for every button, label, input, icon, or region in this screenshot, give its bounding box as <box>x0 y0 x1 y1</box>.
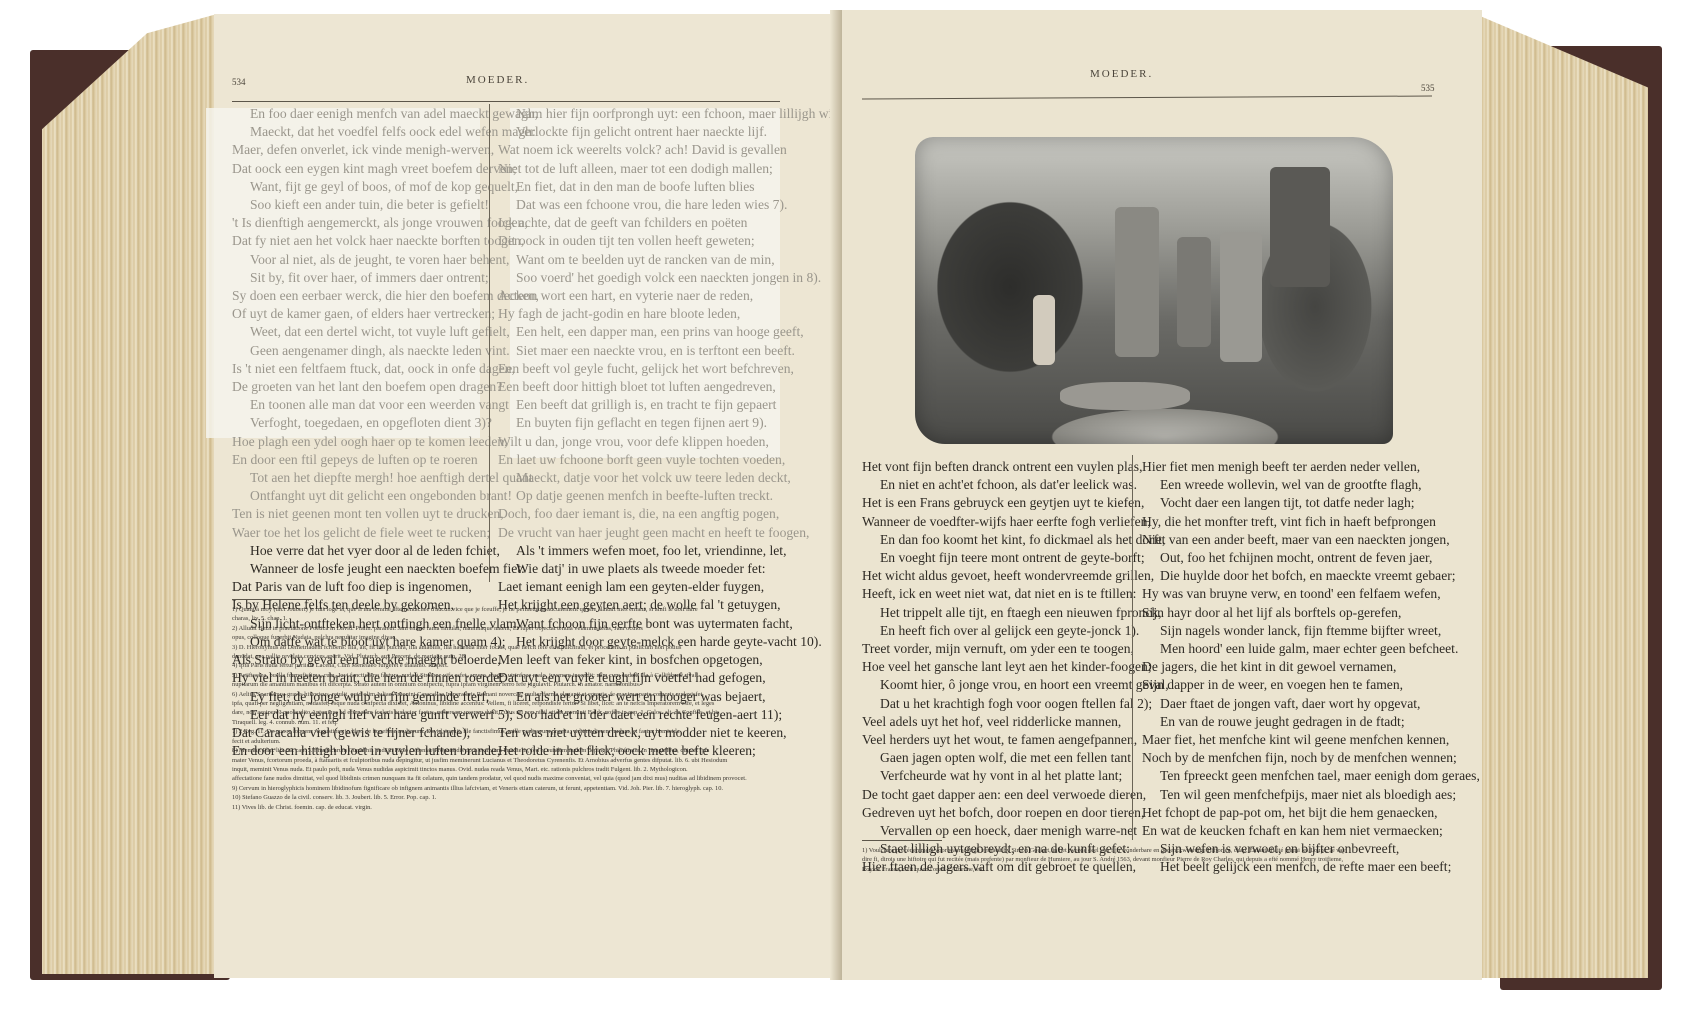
right-running-head: MOEDER. <box>1090 68 1153 80</box>
verse-line: Maer fiet, het menfche kint wil geene me… <box>1142 731 1480 749</box>
illustration-dead-wolf <box>1060 382 1190 410</box>
page-edges-left <box>42 14 217 974</box>
verse-line: Dat fy niet aen het volck haer naeckte b… <box>232 232 539 250</box>
footnote-line: 6) Aelius Spartianus, gravis hiftoricus,… <box>232 690 780 699</box>
left-running-head: MOEDER. <box>466 74 529 86</box>
verse-line: En buyten fijn geflacht en tegen fijnen … <box>498 414 841 432</box>
verse-line: Ontfanght uyt dit gelicht een ongebonden… <box>232 487 539 505</box>
footnote-line: mater Venus, fcortorum proeda, à ftatuar… <box>232 756 780 765</box>
verse-line: Dat was een fchoone vrou, die hare leden… <box>498 196 841 214</box>
verse-line: Verlockte fijn gelicht ontrent haer naec… <box>498 123 841 141</box>
footnote-line: 8) Meminit Plin. lib. 36. cap. 5. fimula… <box>232 746 780 755</box>
verse-line: Ten wil geen menfchefpijs, maer niet als… <box>1142 786 1480 804</box>
verse-line: Laet iemant eenigh lam een geyten-elder … <box>498 578 841 596</box>
verse-line: Want, fijt ge geyl of boos, of mof de ko… <box>232 178 539 196</box>
verse-line: Dat oock een eygen kint magh vreet boefe… <box>232 160 539 178</box>
verse-line: En laet uw fchoone borft geen vuyle toch… <box>498 451 841 469</box>
verse-line: Acteon wort een hart, en vyterie naer de… <box>498 287 841 305</box>
verse-line: En heeft fich over al gelijck een geyte-… <box>862 622 1169 640</box>
verse-line: Een beeft vol geyle fucht, gelijck het w… <box>498 360 841 378</box>
footnote-line: 7) 2 Reg. 11. De qua re loquens Augustin… <box>232 727 780 736</box>
verse-line: En door een ftil gepeys de luften op te … <box>232 451 539 469</box>
verse-line: En wat de keucken fchaft en kan hem niet… <box>1142 822 1480 840</box>
verse-line: Verfcheurde wat hy vont in al het platte… <box>862 767 1169 785</box>
verse-line: Soo kieft een ander tuin, die beter is g… <box>232 196 539 214</box>
footnote-line: 4) Ipfa Paris nuda fertur periisfe Lacen… <box>232 661 780 670</box>
verse-line: 't Is dienftigh aengemerckt, als jonge v… <box>232 214 539 232</box>
verse-line: Weet, dat een dertel wicht, tot vuyle lu… <box>232 323 539 341</box>
verse-line: Het vont fijn beften dranck ontrent een … <box>862 458 1169 476</box>
verse-line: Voor al niet, als de jeught, te voren ha… <box>232 251 539 269</box>
verse-line: Hoe veel het gansche lant leyt aen het k… <box>862 658 1169 676</box>
right-column-2: Hier fiet men menigh beeft ter aerden ne… <box>1142 458 1480 877</box>
footnote-line: Tiraquell. leg. 4. connub. num. 11. et f… <box>232 718 780 727</box>
footnote-line: 1) Voulcluns precédemment voor waerachti… <box>862 846 1432 855</box>
left-column-divider <box>489 104 490 582</box>
footnote-line: affectatione fane nudos dimittat, vel qu… <box>232 774 780 783</box>
verse-line: Hy, die het monfter treft, vint fich in … <box>1142 513 1480 531</box>
verse-line: Sijn dapper in de weer, en voegen hen te… <box>1142 676 1480 694</box>
right-page-number: 535 <box>1421 83 1435 93</box>
right-footnote-rule <box>862 840 942 841</box>
footnote-line: nuptiarum die amantium manibus eft difce… <box>232 680 780 689</box>
verse-line: Hy fagh de jacht-godin en hare bloote le… <box>498 305 841 323</box>
verse-line: Vocht daer een langen tijt, tot datfe ne… <box>1142 494 1480 512</box>
footnote-line: fecit et adulterium. <box>232 737 780 746</box>
verse-line: Ten is niet geenen mont ten vollen uyt t… <box>232 505 539 523</box>
footnote-line: inquit, meminit Venus nuda. Et paulo pof… <box>232 765 780 774</box>
verse-line: Ten fpreeckt geen menfchen tael, maer ee… <box>1142 767 1480 785</box>
footnote-line: dire fi, dirois une hiftoire qui fut rec… <box>862 855 1432 864</box>
verse-line: Treet vorder, mijn vernuft, om yder een … <box>862 640 1169 658</box>
verse-line: En fiet, dat in den man de boofe luften … <box>498 178 841 196</box>
verse-line: Wie datj' in uwe plaets als tweede moede… <box>498 560 841 578</box>
verse-line: Noch by de menfchen fijn, noch by de men… <box>1142 749 1480 767</box>
verse-line: Soo voerd' het goedigh volck een naeckte… <box>498 269 841 287</box>
verse-line: Heeft, ick en weet niet wat, dat niet en… <box>862 585 1169 603</box>
footnote-line: Roy de France, c'eft qu'en l'oreft d'Ard… <box>862 865 1432 874</box>
verse-line: En foo daer eenigh menfch van adel maeck… <box>232 105 539 123</box>
verse-line: Out, foo het fchijnen mocht, ontrent de … <box>1142 549 1480 567</box>
verse-line: Vervallen op een hoeck, daer menigh warr… <box>862 822 1169 840</box>
verse-line: Geen aengenamer dingh, als naeckte leden… <box>232 342 539 360</box>
verse-line: De groeten van het lant den boefem open … <box>232 378 539 396</box>
verse-line: Sijn nagels wonder lanck, fijn ftemme bi… <box>1142 622 1480 640</box>
verse-line: Gedreven uyt het bofch, door roepen en d… <box>862 804 1169 822</box>
verse-line: Een helt, een dapper man, een prins van … <box>498 323 841 341</box>
verse-line: Wilt u dan, jonge vrou, voor defe klippe… <box>498 433 841 451</box>
verse-line: De jagers, die het kint in dit gewoel ve… <box>1142 658 1480 676</box>
illustration-figure-hunter-3 <box>1220 232 1262 362</box>
verse-line: Hoe plagh een ydel oogh haer op te komen… <box>232 433 539 451</box>
verse-line: Die huylde door het bofch, en maeckte vr… <box>1142 567 1480 585</box>
verse-line: Waer toe het los gelicht de fiele weet t… <box>232 524 539 542</box>
footnote-line: denudat, nec pallio revelata cervices ap… <box>232 652 780 661</box>
footnote-line: 2) Alludit Beza in praefatione Poëtica i… <box>232 624 780 633</box>
verse-line: Sit by, fit over haer, of immers daer on… <box>232 269 539 287</box>
footnote-line: ipfa, quafi per negligentiam, nudasfet, … <box>232 699 780 708</box>
verse-line: Gaen jagen opten wolf, die met een felle… <box>862 749 1169 767</box>
verse-line: Maeckt, datje voor het volck uw teere le… <box>498 469 841 487</box>
verse-line: En van de rouwe jeught gedragen in de ft… <box>1142 713 1480 731</box>
verse-line: Dat Paris van de luft foo diep is ingeno… <box>232 578 539 596</box>
verse-line: Nam hier fijn oorfprongh uyt: een fchoon… <box>498 105 841 123</box>
illustration-figure-hunter-2 <box>1177 237 1211 347</box>
right-column-1: Het vont fijn beften dranck ontrent een … <box>862 458 1169 877</box>
verse-line: Veel herders uyt het wout, te famen aeng… <box>862 731 1169 749</box>
illustration-figure-horseman <box>1270 167 1330 287</box>
verse-line: Koomt hier, ô jonge vrou, en hoort een v… <box>862 676 1169 694</box>
right-footnotes: 1) Voulcluns precédemment voor waerachti… <box>862 846 1432 874</box>
footnote-line: opus, colloque fuperbit Nudata, pulchra … <box>232 633 780 642</box>
verse-line: Niet tot de luft alleen, maer tot een do… <box>498 160 841 178</box>
verse-line: Niet van een ander beeft, maer van een n… <box>1142 531 1480 549</box>
footnote-line: 10) Stefano Guazzo de la civil. conserv.… <box>232 793 780 802</box>
page-edges-right <box>1466 10 1648 978</box>
footnote-line: 3) D. Hieronymus ad Demetriadem fcribens… <box>232 643 780 652</box>
verse-line: Veel adels uyt het hof, veel ridderlicke… <box>862 713 1169 731</box>
left-header-rule <box>232 101 780 102</box>
verse-line: En toonen alle man dat voor een weerden … <box>232 396 539 414</box>
verse-line: Sy doen een eerbaer werck, die hier den … <box>232 287 539 305</box>
verse-line: Dit oock in ouden tijt ten vollen heeft … <box>498 232 841 250</box>
verse-line: Het wicht aldus gevoet, heeft wondervree… <box>862 567 1169 585</box>
verse-line: Sijn hayr door al het lijf als borftels … <box>1142 604 1480 622</box>
verse-line: Een wreede wollevin, wel van de grootfte… <box>1142 476 1480 494</box>
left-footnote-rule <box>232 599 312 600</box>
verse-line: Een beeft door hittigh bloet tot luften … <box>498 378 841 396</box>
verse-line: Het fchopt de pap-pot om, het bijt die h… <box>1142 804 1480 822</box>
illustration-figure-hunter <box>1115 207 1159 357</box>
illustration-figure-child <box>1033 295 1055 365</box>
verse-line: Op datje geenen menfch in beefte-luften … <box>498 487 841 505</box>
right-column-divider <box>1132 455 1133 840</box>
verse-line: Ick achte, dat de geeft van fchilders en… <box>498 214 841 232</box>
footnote-line: 1) Quant à moy (dict Joubert) je fuis lo… <box>232 605 780 614</box>
verse-line: Maer, defen onverlet, ick vinde menigh-w… <box>232 141 539 159</box>
verse-line: Want om te beelden uyt de rancken van de… <box>498 251 841 269</box>
verse-line: De tocht gaet dapper aen: een deel verwo… <box>862 786 1169 804</box>
verse-line: Tot aen het diepfte mergh! hoe aenftigh … <box>232 469 539 487</box>
verse-line: Wat noem ick weerelts volck? ach! David … <box>498 141 841 159</box>
left-footnotes: 1) Quant à moy (dict Joubert) je fuis lo… <box>232 605 780 812</box>
engraving-illustration <box>915 137 1393 444</box>
left-page-number: 534 <box>232 77 246 87</box>
verse-line: En dan foo koomt het kint, fo dickmael a… <box>862 531 1169 549</box>
verse-line: Doch, foo daer iemant is, die, na een an… <box>498 505 841 523</box>
footnote-line: charas, liv. 5. chap. 1. <box>232 614 780 623</box>
verse-line: Daer ftaet de jongen vaft, daer wort hy … <box>1142 695 1480 713</box>
verse-line: Wanneer de voedfter-wijfs haer eerfte fo… <box>862 513 1169 531</box>
verse-line: Dat u het krachtigh fogh voor oogen ftel… <box>862 695 1169 713</box>
verse-line: Verfoght, toegedaen, en opgefloten dient… <box>232 414 539 432</box>
verse-line: Als 't immers wefen moet, foo let, vrien… <box>498 542 841 560</box>
verse-line: Of uyt de kamer gaen, of elders haer ver… <box>232 305 539 323</box>
verse-line: Hier fiet men menigh beeft ter aerden ne… <box>1142 458 1480 476</box>
footnote-line: 11) Vives lib. de Christ. foemin. cap. d… <box>232 803 780 812</box>
verse-line: Siet maer een naeckte vrou, en is terfto… <box>498 342 841 360</box>
verse-line: Men hoord' een luide galm, maer echter g… <box>1142 640 1480 658</box>
verse-line: Is 't niet een feltfaem ftuck, dat, oock… <box>232 360 539 378</box>
footnote-line: 9) Cervum in hieroglyphicis hominem libi… <box>232 784 780 793</box>
verse-line: Hoe verre dat het vyer door al de leden … <box>232 542 539 560</box>
verse-line: Het trippelt alle tijt, en ftaegh een ni… <box>862 604 1169 622</box>
verse-line: En niet en acht'et fchoon, als dat'er le… <box>862 476 1169 494</box>
verse-line: Hy was van bruyne verw, en toond' een fe… <box>1142 585 1480 603</box>
verse-line: Maeckt, dat het voedfel felfs oock edel … <box>232 123 539 141</box>
verse-line: De vrucht van haer jeught geen macht en … <box>498 524 841 542</box>
verse-line: Het is een Frans gebruyck een geytjen uy… <box>862 494 1169 512</box>
footnote-line: dare, non accipere? quo audito Antoninus… <box>232 708 780 717</box>
verse-line: En voeght fijn teere mont ontrent de gey… <box>862 549 1169 567</box>
footnote-line: 5) Artiftoclea, puella formofisfima, cum… <box>232 671 780 680</box>
verse-line: Een beeft dat grilligh is, en tracht te … <box>498 396 841 414</box>
verse-line: Wanneer de losfe jeught een naeckten boe… <box>232 560 539 578</box>
